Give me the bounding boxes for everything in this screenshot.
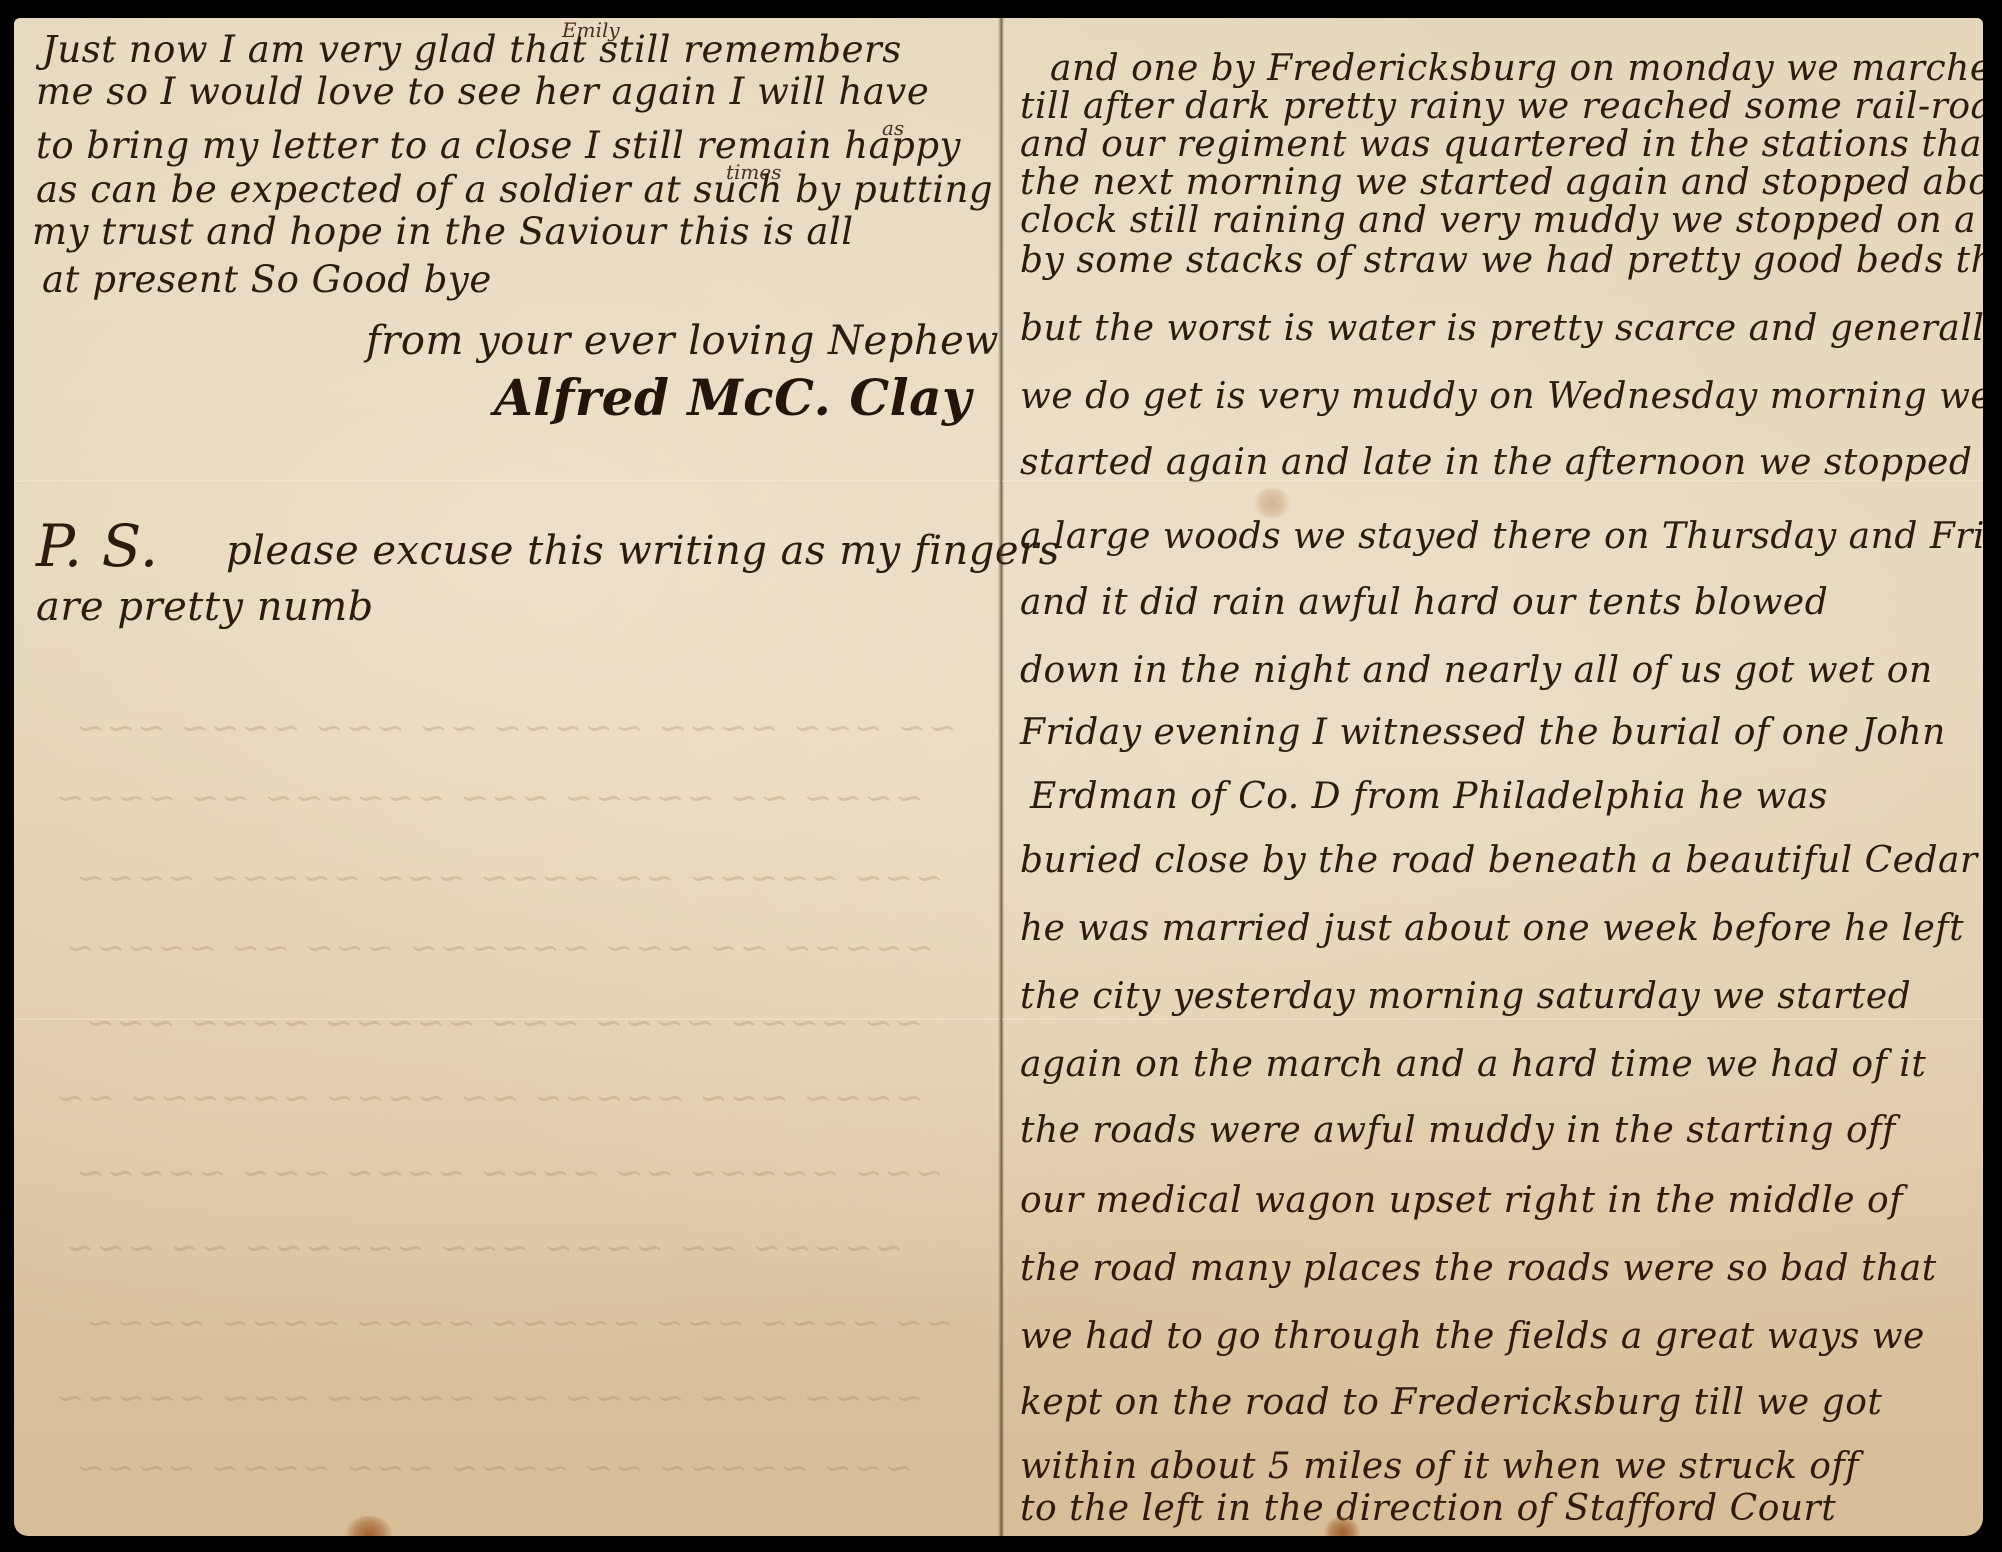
- letter-line: the road many places the roads were so b…: [1020, 1248, 1937, 1289]
- horizontal-fold: [1002, 1018, 1983, 1021]
- letter-line: and one by Fredericksburg on monday we m…: [1050, 48, 1983, 89]
- letter-line: and it did rain awful hard our tents blo…: [1020, 582, 1828, 623]
- horizontal-fold: [14, 1018, 1002, 1021]
- letter-line: we do get is very muddy on Wednesday mor…: [1020, 376, 1983, 417]
- postscript-line: please excuse this writing as my fingers: [226, 528, 1060, 574]
- letter-line: till after dark pretty rainy we reached …: [1020, 86, 1983, 127]
- letter-line: buried close by the road beneath a beaut…: [1020, 840, 1978, 881]
- right-page: and one by Fredericksburg on monday we m…: [1002, 18, 1983, 1536]
- letter-line: at present So Good bye: [42, 258, 492, 301]
- letter-line: started again and late in the afternoon …: [1020, 442, 1983, 483]
- letter-line: to the left in the direction of Stafford…: [1020, 1488, 1836, 1529]
- postscript-label: P. S.: [36, 512, 159, 580]
- letter-line: Just now I am very glad that still remem…: [42, 28, 902, 71]
- letter-line: a large woods we stayed there on Thursda…: [1020, 516, 1983, 557]
- letter-line: me so I would love to see her again I wi…: [36, 70, 929, 113]
- ink-stain: [344, 1516, 394, 1536]
- letter-line: but the worst is water is pretty scarce …: [1020, 308, 1983, 349]
- horizontal-fold: [1002, 480, 1983, 483]
- letter-line: Erdman of Co. D from Philadelphia he was: [1030, 776, 1828, 817]
- bleed-through-text: ~~~ ~~~~~ ~~ ~~~~ ~~~~ ~~~ ~~~~~: [74, 1153, 944, 1193]
- bleed-through-text: ~~~~~ ~~ ~~~~ ~~~ ~~~~~~ ~~ ~~~: [64, 1228, 903, 1268]
- letter-sheet: ~~ ~~~ ~~~~ ~~~~~ ~~ ~~~ ~~~~ ~~~ ~~~~ ~…: [14, 18, 1983, 1536]
- letter-line: the roads were awful muddy in the starti…: [1020, 1110, 1896, 1151]
- letter-line: my trust and hope in the Saviour this is…: [32, 210, 854, 253]
- letter-line: kept on the road to Fredericksburg till …: [1020, 1382, 1882, 1423]
- bleed-through-text: ~~ ~~~~ ~~~~ ~~~ ~~~~~ ~~~~ ~~~: [84, 1003, 923, 1043]
- bleed-through-text: ~~ ~~~~ ~~~ ~~~~~ ~~~~ ~~~~ ~~~~: [84, 1303, 954, 1343]
- letter-line: he was married just about one week befor…: [1020, 908, 1964, 949]
- bleed-through-text: ~~~~ ~~~ ~~~~ ~~ ~~~~~ ~~~ ~~~~~: [54, 1378, 924, 1418]
- bleed-through-text: ~~~~ ~~~ ~~~~~ ~~ ~~~~ ~~~~~~ ~~: [54, 1078, 924, 1118]
- letter-line: our medical wagon upset right in the mid…: [1020, 1180, 1903, 1221]
- letter-line: within about 5 miles of it when we struc…: [1020, 1446, 1859, 1487]
- bleed-through-text: ~~~~~ ~~ ~~~ ~~~~~~ ~~~ ~~ ~~~~~: [64, 928, 934, 968]
- bleed-through-text: ~~~ ~~~~~ ~~ ~~~~ ~~~ ~~~~~ ~~~~: [74, 858, 944, 898]
- letter-line: as can be expected of a soldier at such …: [36, 168, 993, 211]
- postscript-line: are pretty numb: [36, 584, 374, 630]
- letter-line: Friday evening I witnessed the burial of…: [1020, 712, 1946, 753]
- left-page: ~~ ~~~ ~~~~ ~~~~~ ~~ ~~~ ~~~~ ~~~ ~~~~ ~…: [14, 18, 1002, 1536]
- bleed-through-text: ~~ ~~~ ~~~~ ~~~~~ ~~ ~~~ ~~~~ ~~~: [74, 708, 956, 748]
- letter-line: down in the night and nearly all of us g…: [1020, 650, 1933, 691]
- letter-line: again on the march and a hard time we ha…: [1020, 1044, 1926, 1085]
- letter-line: the next morning we started again and st…: [1020, 162, 1983, 203]
- letter-line: by some stacks of straw we had pretty go…: [1020, 240, 1983, 281]
- letter-signature: Alfred McC. Clay: [494, 368, 972, 427]
- letter-line: and our regiment was quartered in the st…: [1020, 124, 1983, 165]
- bleed-through-text: ~~~~ ~~ ~~~~~ ~~~ ~~~~~~ ~~ ~~~~: [54, 778, 924, 818]
- letter-line: the city yesterday morning saturday we s…: [1020, 976, 1911, 1017]
- letter-closing: from your ever loving Nephew: [366, 318, 999, 364]
- water-stain: [1252, 488, 1292, 518]
- letter-line: we had to go through the fields a great …: [1020, 1316, 1925, 1357]
- horizontal-fold: [14, 480, 1002, 483]
- letter-line: to bring my letter to a close I still re…: [36, 124, 961, 167]
- letter-line: clock still raining and very muddy we st…: [1020, 200, 1983, 241]
- bleed-through-text: ~~~ ~~~~~ ~~ ~~~~ ~~~ ~~~~ ~~~~: [74, 1448, 913, 1488]
